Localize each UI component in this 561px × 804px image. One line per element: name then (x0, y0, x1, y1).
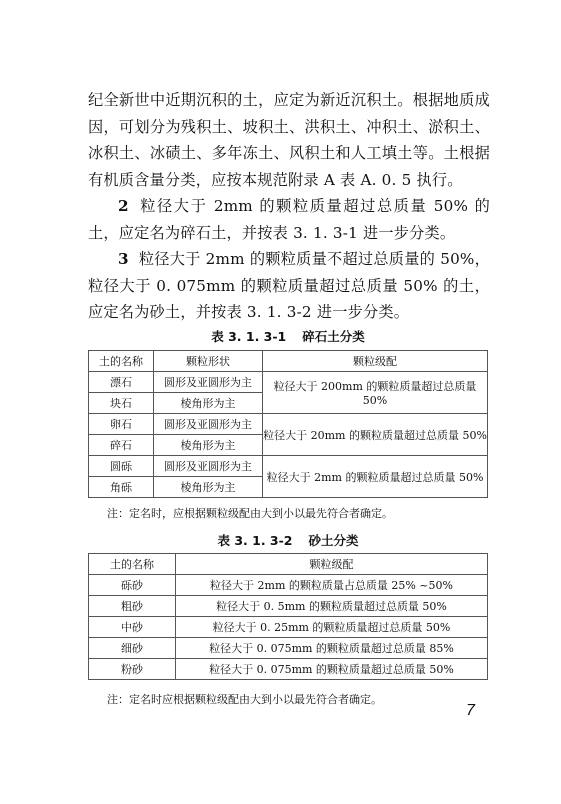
header-cell: 颗粒形状 (154, 351, 263, 372)
particle-grading: 粒径大于 0. 25mm 的颗粒质量超过总质量 50% (176, 617, 488, 638)
soil-name: 砾砂 (89, 575, 176, 596)
table-row: 砾砂 粒径大于 2mm 的颗粒质量占总质量 25% ~50% (89, 575, 488, 596)
table-row: 粗砂 粒径大于 0. 5mm 的颗粒质量超过总质量 50% (89, 596, 488, 617)
table-row: 中砂 粒径大于 0. 25mm 的颗粒质量超过总质量 50% (89, 617, 488, 638)
sand-soil-table: 土的名称 颗粒级配 砾砂 粒径大于 2mm 的颗粒质量占总质量 25% ~50%… (88, 553, 488, 680)
soil-name: 细砂 (89, 638, 176, 659)
table-number: 表 3. 1. 3-2 (217, 533, 292, 548)
particle-grading: 粒径大于 200mm 的颗粒质量超过总质量 50% (263, 372, 488, 414)
particle-grading: 粒径大于 2mm 的颗粒质量占总质量 25% ~50% (176, 575, 488, 596)
table2-caption: 表 3. 1. 3-2砂土分类 (88, 531, 488, 549)
clause-3: 3粒径大于 2mm 的颗粒质量不超过总质量的 50%，粒径大于 0. 075mm… (88, 246, 490, 326)
particle-shape: 棱角形为主 (154, 435, 263, 456)
header-cell: 土的名称 (89, 554, 176, 575)
table-row: 圆砾 圆形及亚圆形为主 粒径大于 2mm 的颗粒质量超过总质量 50% (89, 456, 488, 477)
particle-shape: 棱角形为主 (154, 393, 263, 414)
header-cell: 土的名称 (89, 351, 154, 372)
table1-note: 注：定名时，应根据颗粒级配由大到小以最先符合者确定。 (107, 505, 393, 521)
soil-name: 漂石 (89, 372, 154, 393)
soil-name: 粉砂 (89, 659, 176, 680)
header-cell: 颗粒级配 (263, 351, 488, 372)
clause-2: 2粒径大于 2mm 的颗粒质量超过总质量 50% 的土，应定名为碎石土，并按表 … (88, 193, 490, 246)
particle-shape: 圆形及亚圆形为主 (154, 414, 263, 435)
particle-grading: 粒径大于 20mm 的颗粒质量超过总质量 50% (263, 414, 488, 456)
clause-number: 3 (118, 250, 129, 268)
clause-text: 粒径大于 2mm 的颗粒质量超过总质量 50% 的土，应定名为碎石土，并按表 3… (88, 197, 490, 242)
particle-grading: 粒径大于 0. 5mm 的颗粒质量超过总质量 50% (176, 596, 488, 617)
soil-name: 块石 (89, 393, 154, 414)
table1-caption: 表 3. 1. 3-1碎石土分类 (88, 327, 488, 345)
header-cell: 颗粒级配 (176, 554, 488, 575)
soil-name: 中砂 (89, 617, 176, 638)
table-row: 卵石 圆形及亚圆形为主 粒径大于 20mm 的颗粒质量超过总质量 50% (89, 414, 488, 435)
clause-number: 2 (118, 197, 129, 215)
clause-text: 粒径大于 2mm 的颗粒质量不超过总质量的 50%，粒径大于 0. 075mm … (88, 250, 490, 321)
table-header-row: 土的名称 颗粒级配 (89, 554, 488, 575)
table-row: 漂石 圆形及亚圆形为主 粒径大于 200mm 的颗粒质量超过总质量 50% (89, 372, 488, 393)
particle-grading: 粒径大于 2mm 的颗粒质量超过总质量 50% (263, 456, 488, 498)
table-row: 粉砂 粒径大于 0. 075mm 的颗粒质量超过总质量 50% (89, 659, 488, 680)
paragraph-continuation: 纪全新世中近期沉积的土，应定为新近沉积土。根据地质成因，可划分为残积土、坡积土、… (88, 87, 490, 193)
particle-grading: 粒径大于 0. 075mm 的颗粒质量超过总质量 50% (176, 659, 488, 680)
particle-shape: 棱角形为主 (154, 477, 263, 498)
soil-name: 圆砾 (89, 456, 154, 477)
soil-name: 角砾 (89, 477, 154, 498)
soil-name: 碎石 (89, 435, 154, 456)
table-title: 砂土分类 (309, 533, 359, 548)
soil-name: 卵石 (89, 414, 154, 435)
gravel-soil-table: 土的名称 颗粒形状 颗粒级配 漂石 圆形及亚圆形为主 粒径大于 200mm 的颗… (88, 350, 488, 498)
page-number: 7 (466, 702, 475, 720)
table-header-row: 土的名称 颗粒形状 颗粒级配 (89, 351, 488, 372)
particle-shape: 圆形及亚圆形为主 (154, 372, 263, 393)
table-title: 碎石土分类 (302, 329, 365, 344)
table-row: 细砂 粒径大于 0. 075mm 的颗粒质量超过总质量 85% (89, 638, 488, 659)
particle-shape: 圆形及亚圆形为主 (154, 456, 263, 477)
soil-name: 粗砂 (89, 596, 176, 617)
table-number: 表 3. 1. 3-1 (211, 329, 286, 344)
particle-grading: 粒径大于 0. 075mm 的颗粒质量超过总质量 85% (176, 638, 488, 659)
table2-note: 注：定名时应根据颗粒级配由大到小以最先符合者确定。 (107, 691, 382, 707)
